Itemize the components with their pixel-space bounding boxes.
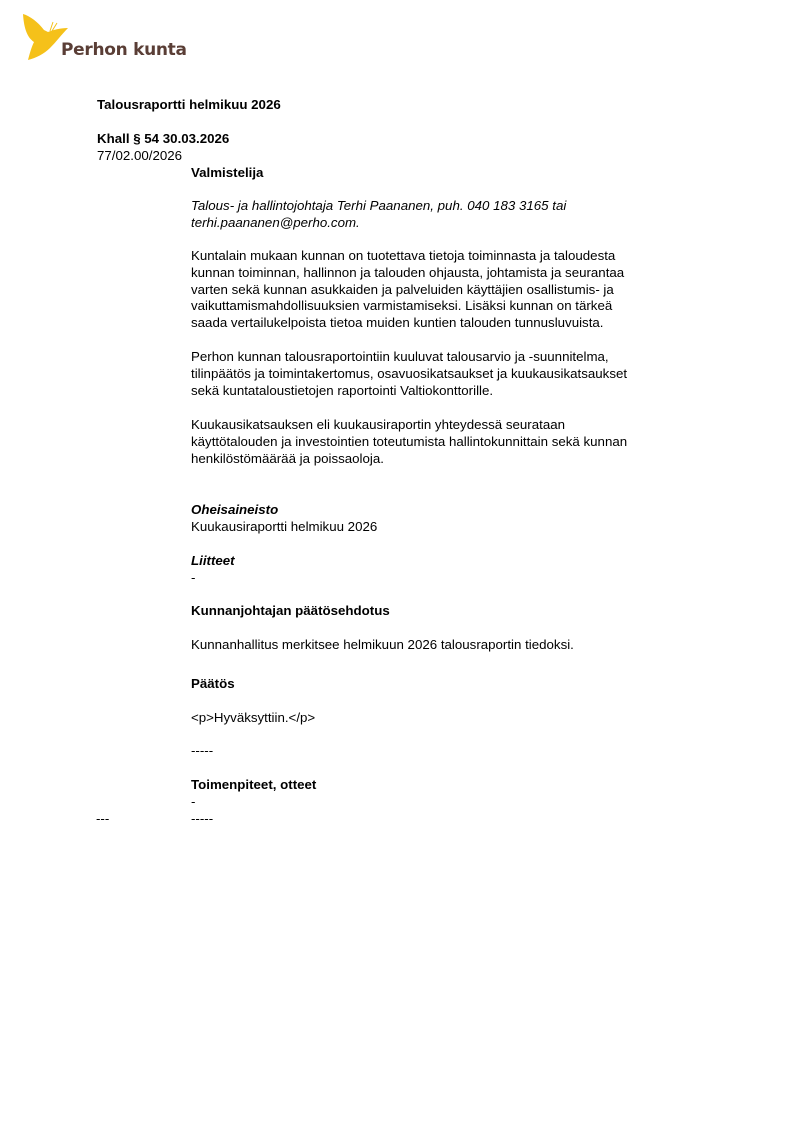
text-line: Kuntalain mukaan kunnan on tuotettava ti… <box>191 248 691 265</box>
text-line: käyttötalouden ja investointien toteutum… <box>191 434 691 451</box>
text-line: Kuukausikatsauksen eli kuukausiraportin … <box>191 417 691 434</box>
actions-heading: Toimenpiteet, otteet <box>191 777 316 793</box>
decision-value: <p>Hyväksyttiin.</p> <box>191 710 315 726</box>
preparer-line: Talous- ja hallintojohtaja Terhi Paanane… <box>191 198 691 215</box>
text-line: vaikuttamismahdollisuuksien varmistamise… <box>191 298 691 315</box>
preparer-heading: Valmistelija <box>191 165 263 181</box>
preparer-email: terhi.paananen@perho.com. <box>191 215 691 232</box>
proposal-heading: Kunnanjohtajan päätösehdotus <box>191 603 390 619</box>
decision-heading: Päätös <box>191 676 235 692</box>
logo-text: Perhon kunta <box>61 40 187 60</box>
text-line: Perhon kunnan talousraportointiin kuuluv… <box>191 349 691 366</box>
actions-separator: ----- <box>191 811 213 827</box>
paragraph-3: Kuukausikatsauksen eli kuukausiraportin … <box>191 417 691 467</box>
paragraph-2: Perhon kunnan talousraportointiin kuuluv… <box>191 349 691 399</box>
text-line: sekä kuntataloustietojen raportointi Val… <box>191 383 691 400</box>
actions-value: - <box>191 794 195 810</box>
appendices-heading: Liitteet <box>191 553 235 569</box>
document-title: Talousraportti helmikuu 2026 <box>97 97 281 113</box>
left-marker: --- <box>96 811 109 827</box>
paragraph-1: Kuntalain mukaan kunnan on tuotettava ti… <box>191 248 691 332</box>
text-line: kunnan toiminnan, hallinnon ja talouden … <box>191 265 691 282</box>
appendices-value: - <box>191 570 195 586</box>
proposal-value: Kunnanhallitus merkitsee helmikuun 2026 … <box>191 637 574 653</box>
text-line: henkilöstömäärää ja poissaoloja. <box>191 451 691 468</box>
text-line: tilinpäätös ja toimintakertomus, osavuos… <box>191 366 691 383</box>
meeting-reference: Khall § 54 30.03.2026 <box>97 131 229 147</box>
attachments-material-value: Kuukausiraportti helmikuu 2026 <box>191 519 377 535</box>
attachments-material-heading: Oheisaineisto <box>191 502 278 518</box>
decision-separator: ----- <box>191 743 213 759</box>
preparer-info: Talous- ja hallintojohtaja Terhi Paanane… <box>191 198 691 232</box>
perho-logo: Perhon kunta <box>20 10 190 62</box>
text-line: saada vertailukelpoista tietoa muiden ku… <box>191 315 691 332</box>
record-number: 77/02.00/2026 <box>97 148 182 164</box>
text-line: varten sekä kunnan asukkaiden ja palvelu… <box>191 282 691 299</box>
